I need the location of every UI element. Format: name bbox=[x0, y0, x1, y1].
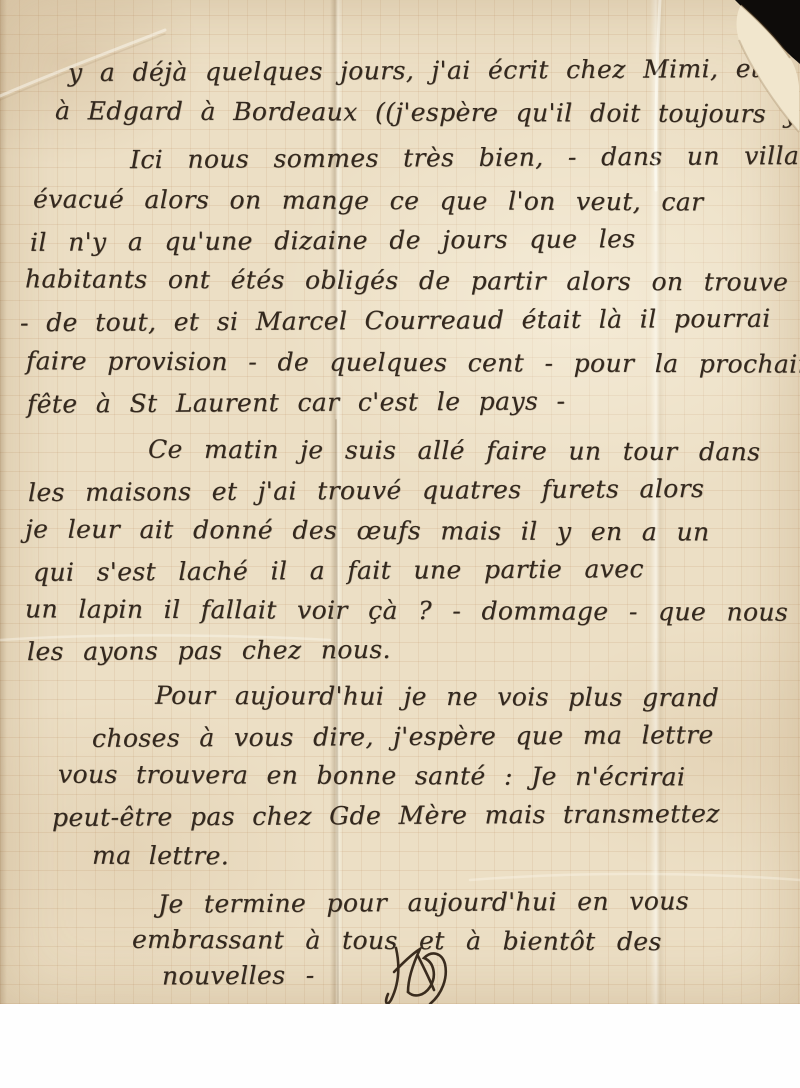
letter-line: embrassant à tous et à bientôt des bbox=[132, 927, 662, 954]
letter-line: Je termine pour aujourd'hui en vous bbox=[158, 888, 689, 916]
letter-line: les maisons et j'ai trouvé quatres furet… bbox=[28, 476, 704, 505]
letter-line: Pour aujourd'hui je ne vois plus grand bbox=[155, 683, 719, 710]
letter-paper: y a déjà quelques jours, j'ai écrit chez… bbox=[0, 0, 800, 1004]
letter-line: les ayons pas chez nous. bbox=[27, 637, 391, 664]
letter-line: Ici nous sommes très bien, - dans un vil… bbox=[130, 143, 800, 172]
letter-line: choses à vous dire, j'espère que ma lett… bbox=[92, 722, 714, 751]
letter-line: ma lettre. bbox=[92, 843, 229, 869]
letter-line: qui s'est laché il a fait une partie ave… bbox=[33, 556, 644, 585]
letter-line: Ce matin je suis allé faire un tour dans bbox=[148, 437, 760, 465]
letter-line: fête à St Laurent car c'est le pays - bbox=[27, 388, 565, 416]
letter-line: habitants ont étés obligés de partir alo… bbox=[25, 266, 788, 294]
letter-line: il n'y a qu'une dizaine de jours que les bbox=[30, 226, 636, 255]
letter-line: un lapin il fallait voir çà ? - dommage … bbox=[25, 596, 788, 624]
letter-line: nouvelles - bbox=[162, 963, 315, 989]
letter-line: évacué alors on mange ce que l'on veut, … bbox=[33, 187, 704, 215]
scanned-letter-page: y a déjà quelques jours, j'ai écrit chez… bbox=[0, 0, 800, 1088]
letter-line: à Edgard à Bordeaux ((j'espère qu'il doi… bbox=[55, 98, 800, 127]
letter-line: y a déjà quelques jours, j'ai écrit chez… bbox=[68, 56, 761, 85]
letter-line: faire provision - de quelques cent - pou… bbox=[26, 348, 800, 376]
letter-line: vous trouvera en bonne santé : Je n'écri… bbox=[58, 762, 685, 790]
scanner-background bbox=[0, 1004, 800, 1088]
letter-line: peut-être pas chez Gde Mère mais transme… bbox=[52, 801, 720, 830]
letter-line: je leur ait donné des œufs mais il y en … bbox=[25, 517, 710, 545]
letter-line: - de tout, et si Marcel Courreaud était … bbox=[20, 306, 771, 336]
